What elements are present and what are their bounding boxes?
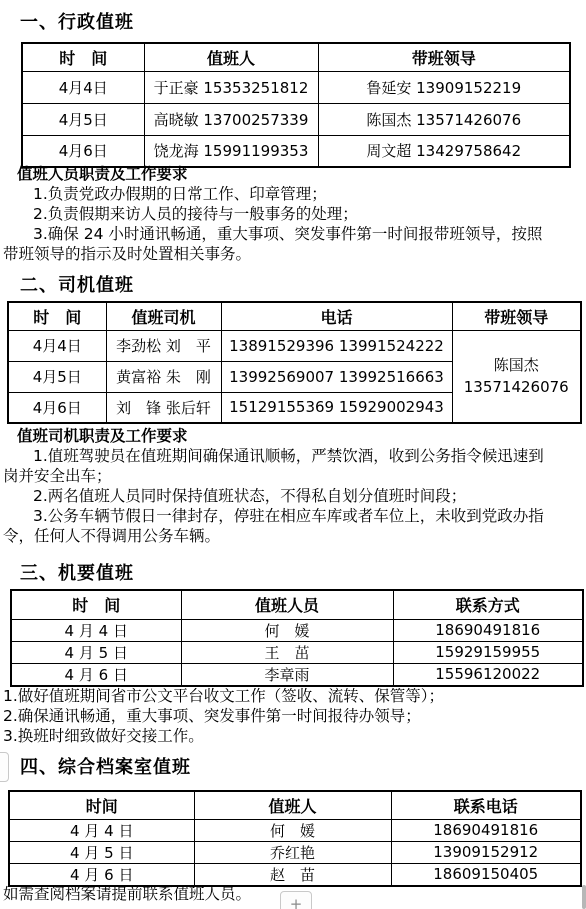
driver-leader-phone: 13571426076 [464,378,569,396]
archive-col-person: 值班人 [194,791,391,819]
admin-note-2: 2.负责假期来访人员的接待与一般事务的处理； [3,204,583,224]
archive-duty-table: 时间 值班人 联系电话 4 月 4 日 何 媛 18690491816 4 月 … [8,790,582,887]
driver-date-1: 4月4日 [8,330,106,361]
archive-phone-1: 18690491816 [391,819,581,841]
admin-notes: 值班人员职责及工作要求 1.负责党政办假期的日常工作、印章管理； 2.负责假期来… [3,164,583,264]
archive-col-time: 时间 [9,791,194,819]
admin-duty-table: 时 间 值班人 带班领导 4月4日 于正豪 15353251812 鲁延安 13… [21,42,571,168]
table-row: 4月4日 李劲松 刘 平 13891529396 13991524222 陈国杰… [8,330,581,361]
driver-note-1-cont: 岗并安全出车； [3,466,583,486]
admin-col-time: 时 间 [22,43,144,71]
confidential-person-2: 王 茁 [181,641,393,663]
driver-col-phone: 电话 [221,302,452,330]
confidential-table-header-row: 时 间 值班人员 联系方式 [11,590,583,619]
driver-col-leader: 带班领导 [452,302,581,330]
driver-date-3: 4月6日 [8,392,106,423]
archive-person-2: 乔红艳 [194,841,391,863]
driver-leader-name: 陈国杰 [494,356,539,374]
driver-notes: 值班司机职责及工作要求 1.值班驾驶员在值班期间确保通讯顺畅，严禁饮酒，收到公务… [3,426,583,546]
driver-duty-table: 时 间 值班司机 电话 带班领导 4月4日 李劲松 刘 平 1389152939… [7,301,582,424]
admin-person-1: 于正豪 15353251812 [144,71,318,103]
admin-col-leader: 带班领导 [318,43,570,71]
driver-note-3-cont: 令，任何人不得调用公务车辆。 [3,526,583,546]
add-table-handle-partial[interactable] [0,752,9,782]
confidential-contact-1: 18690491816 [393,619,583,641]
admin-col-person: 值班人 [144,43,318,71]
section-heading-confidential: 三、机要值班 [20,559,134,585]
driver-col-driver: 值班司机 [106,302,221,330]
admin-leader-1: 鲁延安 13909152219 [318,71,570,103]
archive-phone-2: 13909152912 [391,841,581,863]
confidential-notes: 1.做好值班期间省市公文平台收文工作（签收、流转、保管等）； 2.确保通讯畅通，… [3,686,583,746]
confidential-date-1: 4 月 4 日 [11,619,181,641]
driver-note-1: 1.值班驾驶员在值班期间确保通讯顺畅，严禁饮酒，收到公务指令候迅速到 [3,446,583,466]
driver-notes-title: 值班司机职责及工作要求 [3,426,583,446]
confidential-col-time: 时 间 [11,590,181,619]
table-row: 4月5日 高晓敏 13700257339 陈国杰 13571426076 [22,103,570,135]
admin-date-3: 4月6日 [22,135,144,167]
confidential-col-person: 值班人员 [181,590,393,619]
table-row: 4 月 5 日 乔红艳 13909152912 [9,841,581,863]
driver-date-2: 4月5日 [8,361,106,392]
admin-person-3: 饶龙海 15991199353 [144,135,318,167]
admin-person-2: 高晓敏 13700257339 [144,103,318,135]
section-heading-driver: 二、司机值班 [20,271,134,297]
driver-note-2: 2.两名值班人员同时保持值班状态，不得私自划分值班时间段； [3,486,583,506]
confidential-person-1: 何 媛 [181,619,393,641]
archive-col-phone: 联系电话 [391,791,581,819]
admin-date-1: 4月4日 [22,71,144,103]
driver-names-2: 黄富裕 朱 刚 [106,361,221,392]
add-table-row-button[interactable]: + [280,891,312,909]
admin-notes-title: 值班人员职责及工作要求 [3,164,583,184]
confidential-contact-3: 15596120022 [393,663,583,686]
confidential-person-3: 李章雨 [181,663,393,686]
archive-phone-3: 18609150405 [391,863,581,886]
archive-person-1: 何 媛 [194,819,391,841]
admin-note-1: 1.负责党政办假期的日常工作、印章管理； [3,184,583,204]
confidential-col-contact: 联系方式 [393,590,583,619]
admin-leader-3: 周文超 13429758642 [318,135,570,167]
driver-col-time: 时 间 [8,302,106,330]
confidential-date-3: 4 月 6 日 [11,663,181,686]
driver-names-1: 李劲松 刘 平 [106,330,221,361]
driver-leader-merged-cell: 陈国杰 13571426076 [452,330,581,423]
driver-table-header-row: 时 间 值班司机 电话 带班领导 [8,302,581,330]
confidential-date-2: 4 月 5 日 [11,641,181,663]
driver-names-3: 刘 锋 张后轩 [106,392,221,423]
admin-note-3: 3.确保 24 小时通讯畅通，重大事项、突发事件第一时间报带班领导，按照 [3,224,583,244]
archive-table-header-row: 时间 值班人 联系电话 [9,791,581,819]
confidential-duty-table: 时 间 值班人员 联系方式 4 月 4 日 何 媛 18690491816 4 … [10,589,584,687]
archive-date-2: 4 月 5 日 [9,841,194,863]
archive-date-1: 4 月 4 日 [9,819,194,841]
driver-phones-2: 13992569007 13992516663 [221,361,452,392]
section-heading-admin: 一、行政值班 [20,8,134,34]
admin-table-header-row: 时 间 值班人 带班领导 [22,43,570,71]
archive-footer-note: 如需查阅档案请提前联系值班人员。 [3,882,251,904]
admin-note-3-cont: 带班领导的指示及时处置相关事务。 [3,244,583,264]
admin-leader-2: 陈国杰 13571426076 [318,103,570,135]
table-row: 4 月 6 日 李章雨 15596120022 [11,663,583,686]
confidential-note-2: 2.确保通讯畅通，重大事项、突发事件第一时间报待办领导； [3,706,583,726]
driver-note-3: 3.公务车辆节假日一律封存，停驻在相应车库或者车位上，未收到党政办指 [3,506,583,526]
table-row: 4月6日 饶龙海 15991199353 周文超 13429758642 [22,135,570,167]
table-row: 4 月 4 日 何 媛 18690491816 [9,819,581,841]
table-row: 4 月 4 日 何 媛 18690491816 [11,619,583,641]
confidential-contact-2: 15929159955 [393,641,583,663]
confidential-note-3: 3.换班时细致做好交接工作。 [3,726,583,746]
section-heading-archive: 四、综合档案室值班 [20,753,191,779]
table-row: 4 月 5 日 王 茁 15929159955 [11,641,583,663]
table-row: 4月4日 于正豪 15353251812 鲁延安 13909152219 [22,71,570,103]
admin-date-2: 4月5日 [22,103,144,135]
scrollbar-thumb-fragment[interactable] [582,885,586,909]
driver-phones-3: 15129155369 15929002943 [221,392,452,423]
confidential-note-1: 1.做好值班期间省市公文平台收文工作（签收、流转、保管等）； [3,686,583,706]
driver-phones-1: 13891529396 13991524222 [221,330,452,361]
